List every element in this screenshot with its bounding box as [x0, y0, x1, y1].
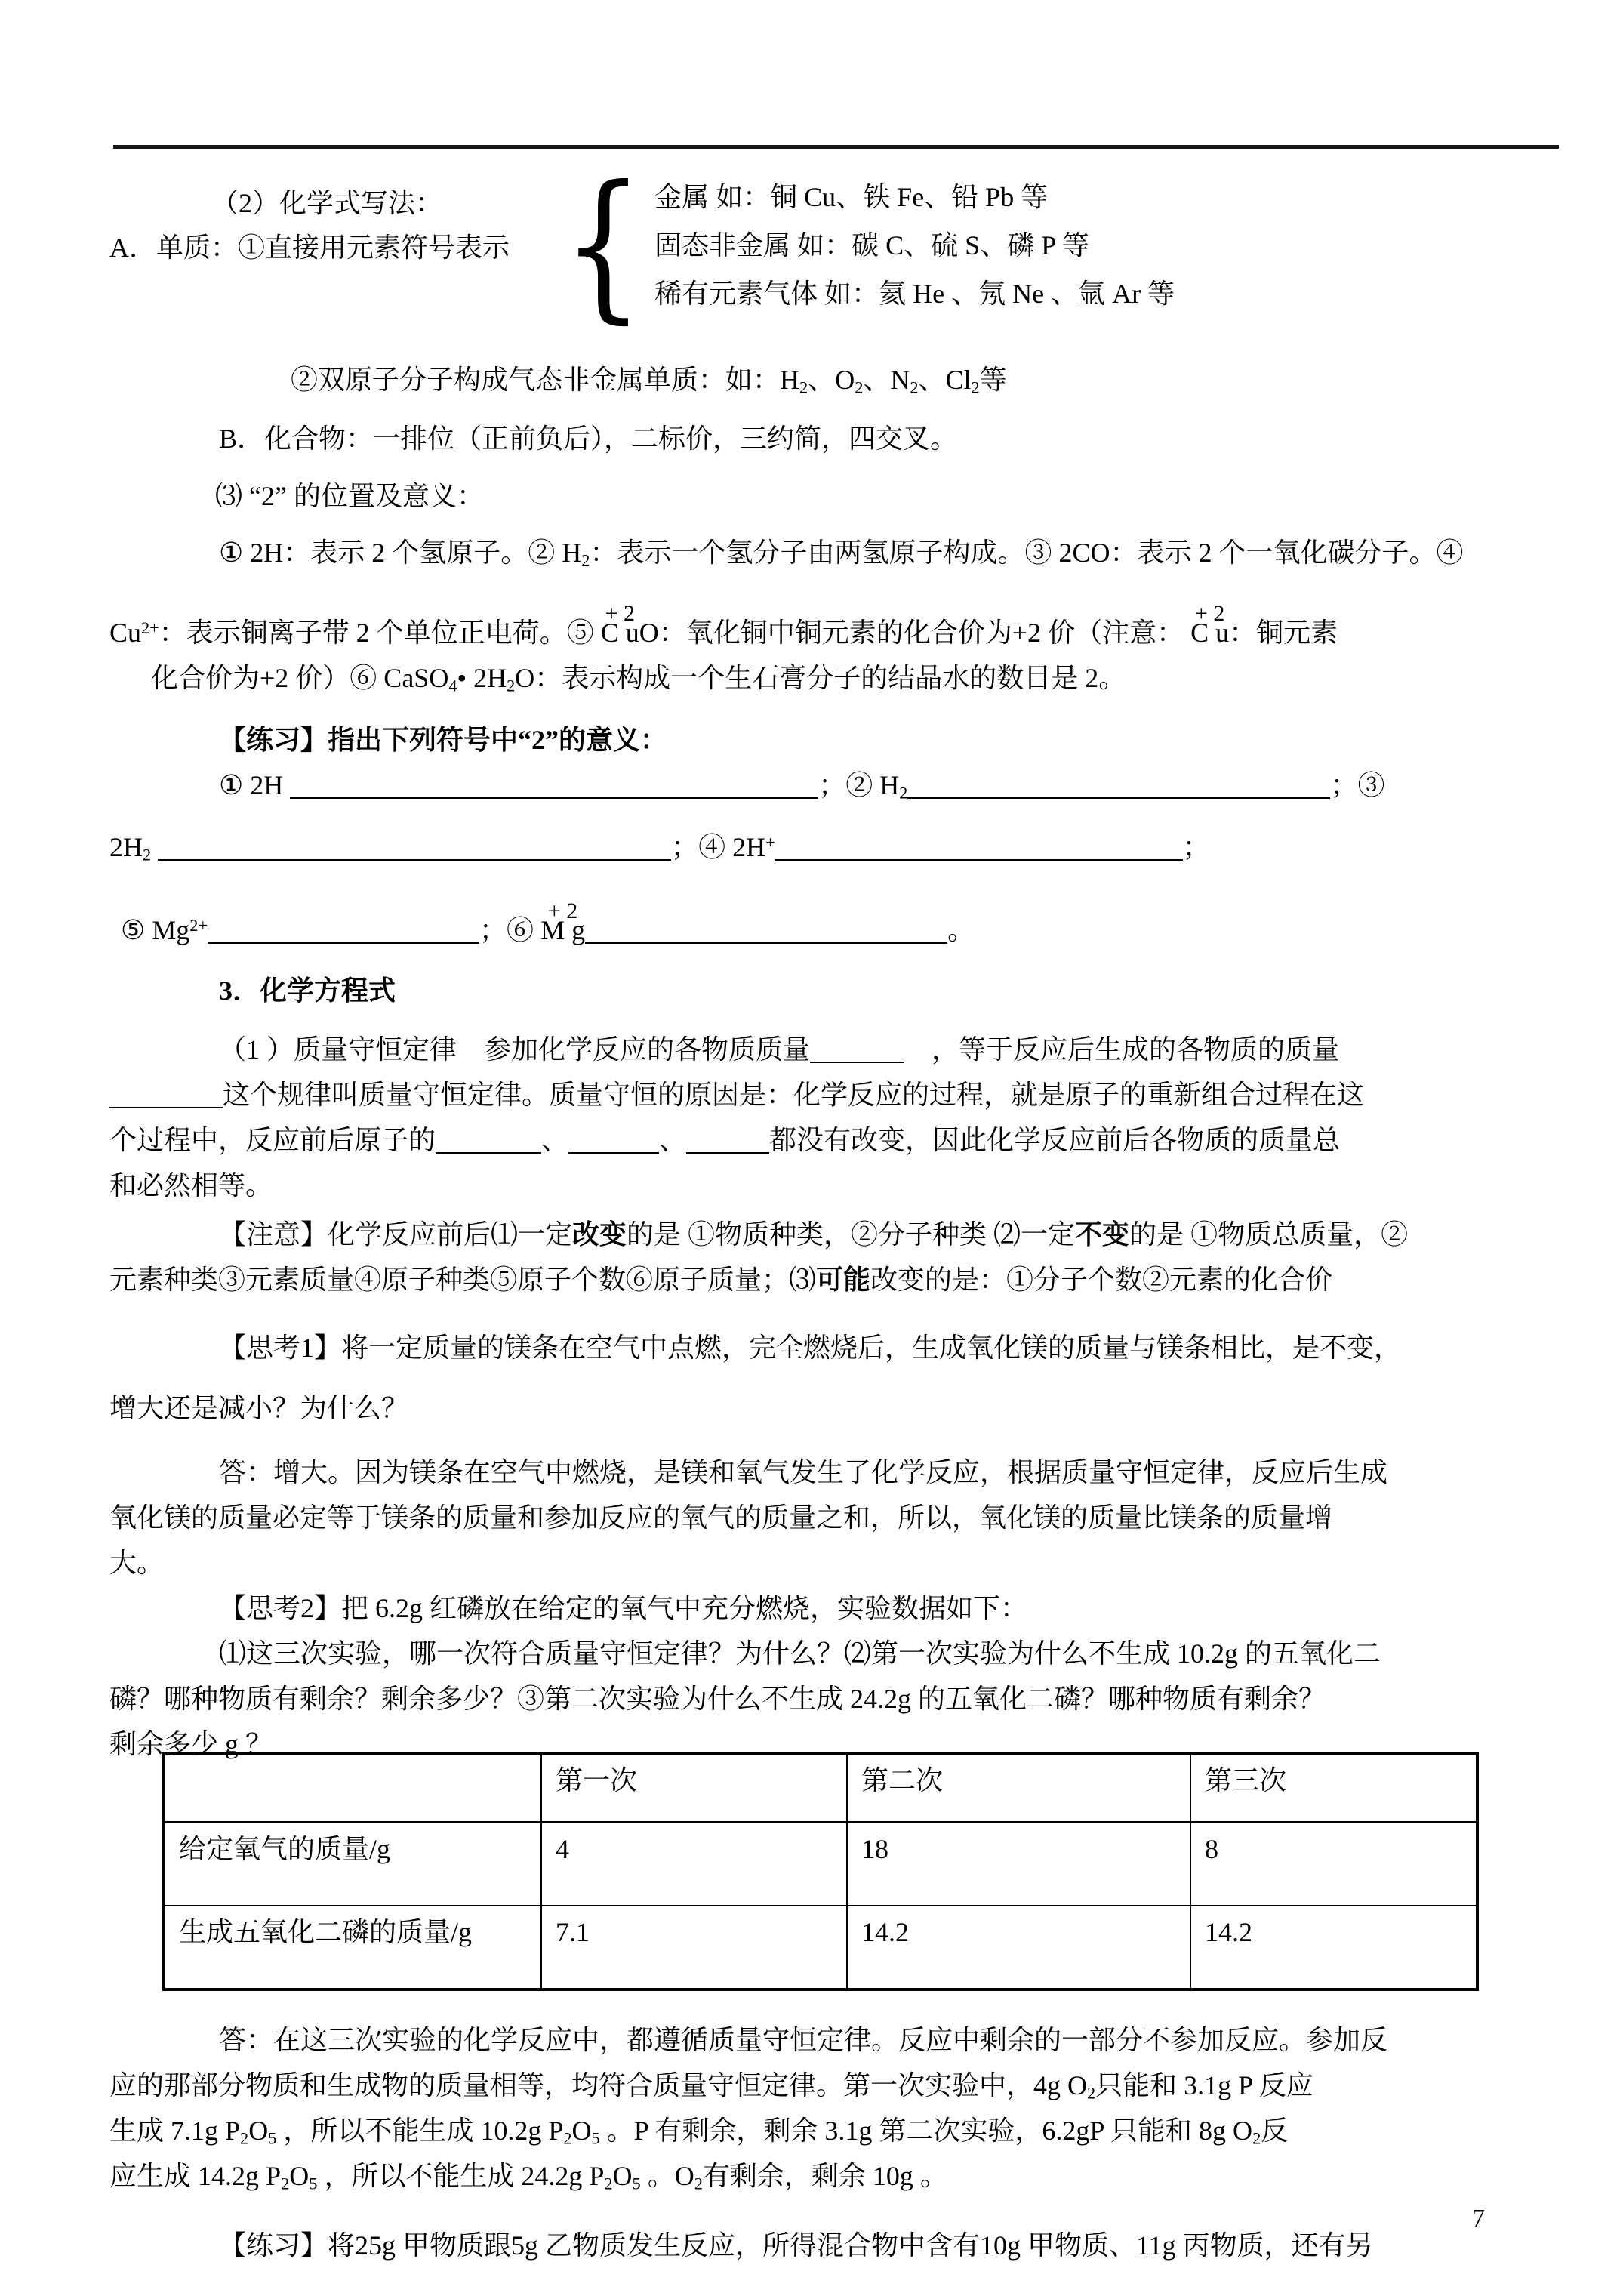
think2-question-line-2: 磷？哪种物质有剩余？剩余多少？③第二次实验为什么不生成 24.2g 的五氧化二磷… — [109, 1676, 1521, 1721]
text-segment: ，所以不能生成 10.2g P — [276, 2116, 563, 2146]
text-segment: Cu — [109, 618, 141, 648]
text-segment: ① 2H — [219, 770, 290, 800]
text-segment: Cl — [946, 365, 972, 395]
think1-answer-line-3: 大。 — [109, 1540, 1521, 1586]
mass-law-line-4: 和必然相等。 — [109, 1163, 1521, 1208]
text-segment: 元素种类③元素质量④原子种类⑤原子个数⑥原子质量；⑶ — [109, 1265, 816, 1295]
subscript: 2 — [1087, 2084, 1095, 2103]
text-segment: 有剩余，剩余 10g 。 — [703, 2161, 947, 2191]
text-segment: 这个规律叫质量守恒定律。质量守恒的原因是：化学反应的过程，就是原子的重新组合过程… — [223, 1080, 1364, 1110]
valence-plus2: + 2 — [605, 603, 635, 625]
blank-line — [158, 829, 671, 861]
blank-line — [810, 1031, 904, 1063]
practice1-line-2: 2H2 ；④ 2H+； — [109, 824, 1521, 870]
text-segment: ，所以不能生成 24.2g P — [317, 2161, 604, 2191]
text-segment: 。O — [641, 2161, 694, 2191]
text-segment: ②双原子分子构成气态非金属单质：如： — [291, 365, 780, 395]
notice-line-2: 元素种类③元素质量④原子种类⑤原子个数⑥原子质量；⑶可能改变的是：①分子个数②元… — [109, 1257, 1521, 1302]
text-segment: ；② H — [818, 770, 899, 800]
mass-law-line-1: （1 ）质量守恒定律 参加化学反应的各物质质量 ，等于反应后生成的各物质的质量 — [109, 1027, 1521, 1072]
think2-answer-line-4: 应生成 14.2g P2O5 ，所以不能生成 24.2g P2O5 。O2有剩余… — [109, 2153, 1521, 2199]
table-header-first: 第一次 — [541, 1753, 847, 1823]
table-row: 给定氧气的质量/g 4 18 8 — [164, 1823, 1477, 1906]
page-content: （2）化学式写法： A．单质：①直接用元素符号表示 { 金属 如：铜 Cu、铁 … — [109, 170, 1521, 2268]
text-segment: 都没有改变，因此化学反应前后各物质的质量总 — [769, 1125, 1340, 1155]
text-segment: 【注意】化学反应前后⑴一定 — [219, 1219, 572, 1250]
superscript: 2+ — [141, 618, 159, 637]
cell-value: 14.2 — [1190, 1906, 1477, 1989]
subscript: 2 — [507, 676, 515, 695]
mass-law-line-3: 个过程中，反应前后原子的、、都没有改变，因此化学反应前后各物质的质量总 — [109, 1117, 1521, 1163]
valence-plus2: + 2 — [1195, 603, 1224, 625]
text-segment: 。 — [947, 915, 975, 945]
cell-value: 4 — [541, 1823, 847, 1906]
text-segment: O — [248, 2116, 268, 2146]
subscript: 5 — [309, 2174, 317, 2193]
curly-brace: { — [562, 165, 644, 326]
text-segment: O — [289, 2161, 309, 2191]
subscript: 2 — [1252, 2129, 1261, 2148]
practice2-line: 【练习】将25g 甲物质跟5g 乙物质发生反应，所得混合物中含有10g 甲物质、… — [109, 2223, 1521, 2268]
noble-gas-examples: 稀有元素气体 如：氦 He 、氖 Ne 、氩 Ar 等 — [654, 273, 1175, 315]
blank-line — [585, 912, 947, 944]
separator: 、 — [808, 365, 835, 395]
page-number: 7 — [1472, 2205, 1485, 2233]
blank-line — [907, 767, 1330, 799]
subscript: 5 — [268, 2129, 276, 2148]
text-segment: 生成 7.1g P — [109, 2116, 240, 2146]
formula-cl2: Cl2 — [946, 365, 980, 395]
text-segment: ；③ — [1330, 770, 1384, 800]
blank-line — [290, 767, 818, 799]
formula-o2: O2 — [835, 365, 863, 395]
text-segment: 剩余多少 g ？ — [109, 1729, 273, 1759]
text-segment: • 2H — [457, 663, 507, 693]
blank-line — [109, 1077, 223, 1108]
valence-plus2: + 2 — [548, 900, 577, 923]
text-segment: 3．化学方程式 — [219, 975, 396, 1006]
think2-answer-line-2: 应的那部分物质和生成物的质量相等，均符合质量守恒定律。第一次实验中，4g O2只… — [109, 2063, 1521, 2108]
subscript: 5 — [633, 2174, 641, 2193]
text-segment: ⑶ “2” 的位置及意义： — [215, 481, 484, 511]
diatomic-rule-line: ②双原子分子构成气态非金属单质：如：H2、O2、N2、Cl2等 — [109, 357, 1521, 402]
separator: 、 — [659, 1125, 686, 1155]
blank-line — [568, 1122, 659, 1154]
subscript: 2 — [563, 2129, 571, 2148]
brace-examples: 金属 如：铜 Cu、铁 Fe、铅 Pb 等 固态非金属 如：碳 C、硫 S、磷 … — [654, 176, 1175, 315]
text-segment: 2H — [109, 832, 143, 862]
meaning-line-3: 化合价为+2 价）⑥ CaSO4• 2H2O：表示构成一个生石膏分子的结晶水的数… — [109, 655, 1521, 701]
meaning-of-2-heading: ⑶ “2” 的位置及意义： — [109, 473, 1521, 519]
superscript: + — [765, 833, 775, 852]
formula-n2: N2 — [890, 365, 918, 395]
mg-valence-notation: + 2M g — [540, 908, 585, 953]
compound-rule-line: B．化合物：一排位（正前负后），二标价，三约简，四交叉。 — [109, 416, 1521, 461]
meaning-line-2: Cu2+：表示铜离子带 2 个单位正电荷。⑤ + 2C uO：氧化铜中铜元素的化… — [109, 610, 1521, 655]
text-segment: 大。 — [109, 1548, 164, 1578]
horizontal-rule — [113, 145, 1559, 149]
heading-text: （2）化学式写法： — [211, 188, 442, 218]
bold-text: 改变 — [572, 1219, 627, 1250]
cell-value: 14.2 — [847, 1906, 1190, 1989]
cell-value: 7.1 — [541, 1906, 847, 1989]
subscript: 2 — [694, 2174, 703, 2193]
text-segment: 化合价为+2 价）⑥ CaSO — [151, 663, 448, 693]
text-segment: ：表示一个氢分子由两氢原子构成。③ 2CO：表示 2 个一氧化碳分子。④ — [590, 538, 1463, 568]
text-segment: 只能和 3.1g P 反应 — [1095, 2070, 1313, 2100]
text-segment: 【思考2】把 6.2g 红磷放在给定的氧气中充分燃烧，实验数据如下： — [219, 1593, 1027, 1623]
text-segment: H — [780, 365, 799, 395]
chemical-equation-heading: 3．化学方程式 — [109, 968, 1521, 1013]
text-segment: 应生成 14.2g P — [109, 2161, 281, 2191]
text-segment: 和必然相等。 — [109, 1170, 273, 1200]
think1-line-1: 【思考1】将一定质量的镁条在空气中点燃，完全燃烧后，生成氧化镁的质量与镁条相比，… — [109, 1325, 1521, 1370]
text-segment: 答：增大。因为镁条在空气中燃烧，是镁和氧气发生了化学反应，根据质量守恒定律，反应… — [219, 1457, 1387, 1487]
practice1-heading: 【练习】指出下列符号中“2”的意义： — [109, 717, 1521, 763]
text-segment: ：铜元素 — [1229, 618, 1338, 648]
table-row: 生成五氧化二磷的质量/g 7.1 14.2 14.2 — [164, 1906, 1477, 1989]
text-segment: O — [613, 2161, 633, 2191]
text-segment: 磷？哪种物质有剩余？剩余多少？③第二次实验为什么不生成 24.2g 的五氧化二磷… — [109, 1684, 1326, 1714]
subscript: 4 — [448, 676, 457, 695]
subscript: 2 — [899, 784, 907, 803]
subscript: 2 — [240, 2129, 248, 2148]
practice1-line-3: ⑤ Mg2+；⑥ + 2M g。 — [109, 908, 1521, 953]
document-page: （2）化学式写法： A．单质：①直接用元素符号表示 { 金属 如：铜 Cu、铁 … — [0, 0, 1623, 2296]
meaning-line-1: ① 2H：表示 2 个氢原子。② H2：表示一个氢分子由两氢原子构成。③ 2CO… — [109, 530, 1521, 575]
cell-value: 8 — [1190, 1823, 1477, 1906]
solid-nonmetal-examples: 固态非金属 如：碳 C、硫 S、磷 P 等 — [654, 224, 1175, 267]
think1-line-2: 增大还是减小？为什么？ — [109, 1385, 1521, 1431]
subscript: 2 — [581, 551, 590, 570]
text-segment: 【练习】将25g 甲物质跟5g 乙物质发生反应，所得混合物中含有10g 甲物质、… — [219, 2230, 1373, 2261]
text-segment: ⑴这三次实验，哪一次符合质量守恒定律？为什么？⑵第一次实验为什么不生成 10.2… — [219, 1638, 1381, 1669]
text-segment: ：表示铜离子带 2 个单位正电荷。⑤ — [159, 618, 601, 648]
cell-value: 18 — [847, 1823, 1190, 1906]
text-segment: O — [572, 2116, 592, 2146]
subscript: 2 — [910, 378, 918, 397]
text-segment: ； — [1183, 832, 1210, 862]
table-header-second: 第二次 — [847, 1753, 1190, 1823]
row-label: 生成五氧化二磷的质量/g — [164, 1906, 541, 1989]
text-segment: 【思考1】将一定质量的镁条在空气中点燃，完全燃烧后，生成氧化镁的质量与镁条相比，… — [219, 1333, 1401, 1363]
think1-answer-line-2: 氧化镁的质量必定等于镁条的质量和参加反应的氧气的质量之和，所以，氧化镁的质量比镁… — [109, 1495, 1521, 1540]
text-segment: 的是 ①物质总质量，② — [1129, 1219, 1408, 1250]
text-segment: 【练习】指出下列符号中“2”的意义： — [219, 725, 667, 755]
text-segment: O：表示构成一个生石膏分子的结晶水的数目是 2。 — [515, 663, 1126, 693]
blank-line — [775, 829, 1183, 861]
text-segment: 反 — [1261, 2116, 1288, 2146]
cuo-valence-notation: + 2C u — [601, 610, 639, 655]
subscript: 5 — [592, 2129, 600, 2148]
text-segment: 。P 有剩余，剩余 3.1g 第二次实验，6.2gP 只能和 8g O — [600, 2116, 1252, 2146]
metal-examples: 金属 如：铜 Cu、铁 Fe、铅 Pb 等 — [654, 176, 1175, 218]
cu-valence-notation: + 2C u — [1190, 610, 1229, 655]
subscript: 2 — [281, 2174, 289, 2193]
subscript: 2 — [143, 846, 151, 864]
think2-answer-line-1: 答：在这三次实验的化学反应中，都遵循质量守恒定律。反应中剩余的一部分不参加反应。… — [109, 2017, 1521, 2063]
think1-answer-line-1: 答：增大。因为镁条在空气中燃烧，是镁和氧气发生了化学反应，根据质量守恒定律，反应… — [109, 1450, 1521, 1495]
text-segment: O — [835, 365, 855, 395]
think2-answer-line-3: 生成 7.1g P2O5 ，所以不能生成 10.2g P2O5 。P 有剩余，剩… — [109, 2108, 1521, 2153]
separator: 、 — [541, 1125, 568, 1155]
subscript: 2 — [972, 378, 980, 397]
subscript: 2 — [604, 2174, 612, 2193]
separator: 、 — [863, 365, 890, 395]
text-segment: 改变的是：①分子个数②元素的化合价 — [870, 1265, 1332, 1295]
text-segment: 答：在这三次实验的化学反应中，都遵循质量守恒定律。反应中剩余的一部分不参加反应。… — [219, 2025, 1387, 2055]
text-segment: ；④ 2H — [671, 832, 765, 862]
text-segment: 的是 ①物质种类，②分子种类 ⑵一定 — [627, 1219, 1075, 1250]
bold-text: 可能 — [816, 1265, 870, 1295]
text-segment: 应的那部分物质和生成物的质量相等，均符合质量守恒定律。第一次实验中，4g O — [109, 2070, 1087, 2100]
text-segment: N — [890, 365, 910, 395]
formula-h2: H2 — [780, 365, 808, 395]
think2-heading: 【思考2】把 6.2g 红磷放在给定的氧气中充分燃烧，实验数据如下： — [109, 1586, 1521, 1631]
element-rule-label: A．单质：①直接用元素符号表示 — [109, 227, 510, 265]
subscript: 2 — [799, 378, 808, 397]
blank-line — [436, 1122, 541, 1154]
notice-line-1: 【注意】化学反应前后⑴一定改变的是 ①物质种类，②分子种类 ⑵一定不变的是 ①物… — [109, 1212, 1521, 1257]
text-segment: ，等于反应后生成的各物质的质量 — [904, 1034, 1339, 1065]
separator: 、 — [919, 365, 946, 395]
think2-question-line-1: ⑴这三次实验，哪一次符合质量守恒定律？为什么？⑵第一次实验为什么不生成 10.2… — [109, 1631, 1521, 1676]
mass-law-line-2: 这个规律叫质量守恒定律。质量守恒的原因是：化学反应的过程，就是原子的重新组合过程… — [109, 1072, 1521, 1117]
text-segment: ；⑥ — [479, 915, 540, 945]
text-segment: 增大还是减小？为什么？ — [109, 1393, 408, 1423]
text-segment: B．化合物：一排位（正前负后），二标价，三约简，四交叉。 — [219, 424, 957, 454]
text-segment: ① 2H：表示 2 个氢原子。② H — [219, 538, 581, 568]
text-segment: ⑤ Mg — [121, 915, 189, 945]
superscript: 2+ — [189, 916, 208, 935]
text-segment: 等 — [980, 365, 1007, 395]
subscript: 2 — [855, 378, 863, 397]
text-segment: O：氧化铜中铜元素的化合价为+2 价（注意： — [639, 618, 1190, 648]
text-segment: （1 ）质量守恒定律 参加化学反应的各物质质量 — [219, 1034, 810, 1065]
table-header-third: 第三次 — [1190, 1753, 1477, 1823]
blank-line — [686, 1122, 769, 1154]
practice1-line-1: ① 2H ；② H2；③ — [109, 763, 1521, 808]
text-segment: 个过程中，反应前后原子的 — [109, 1125, 436, 1155]
experiment-data-table: 第一次 第二次 第三次 给定氧气的质量/g 4 18 8 生成五氧化二磷的质量/… — [162, 1752, 1479, 1991]
row-label: 给定氧气的质量/g — [164, 1823, 541, 1906]
table-header-row: 第一次 第二次 第三次 — [164, 1753, 1477, 1823]
blank-line — [208, 912, 479, 944]
text-segment: 氧化镁的质量必定等于镁条的质量和参加反应的氧气的质量之和，所以，氧化镁的质量比镁… — [109, 1502, 1332, 1533]
bold-text: 不变 — [1075, 1219, 1129, 1250]
